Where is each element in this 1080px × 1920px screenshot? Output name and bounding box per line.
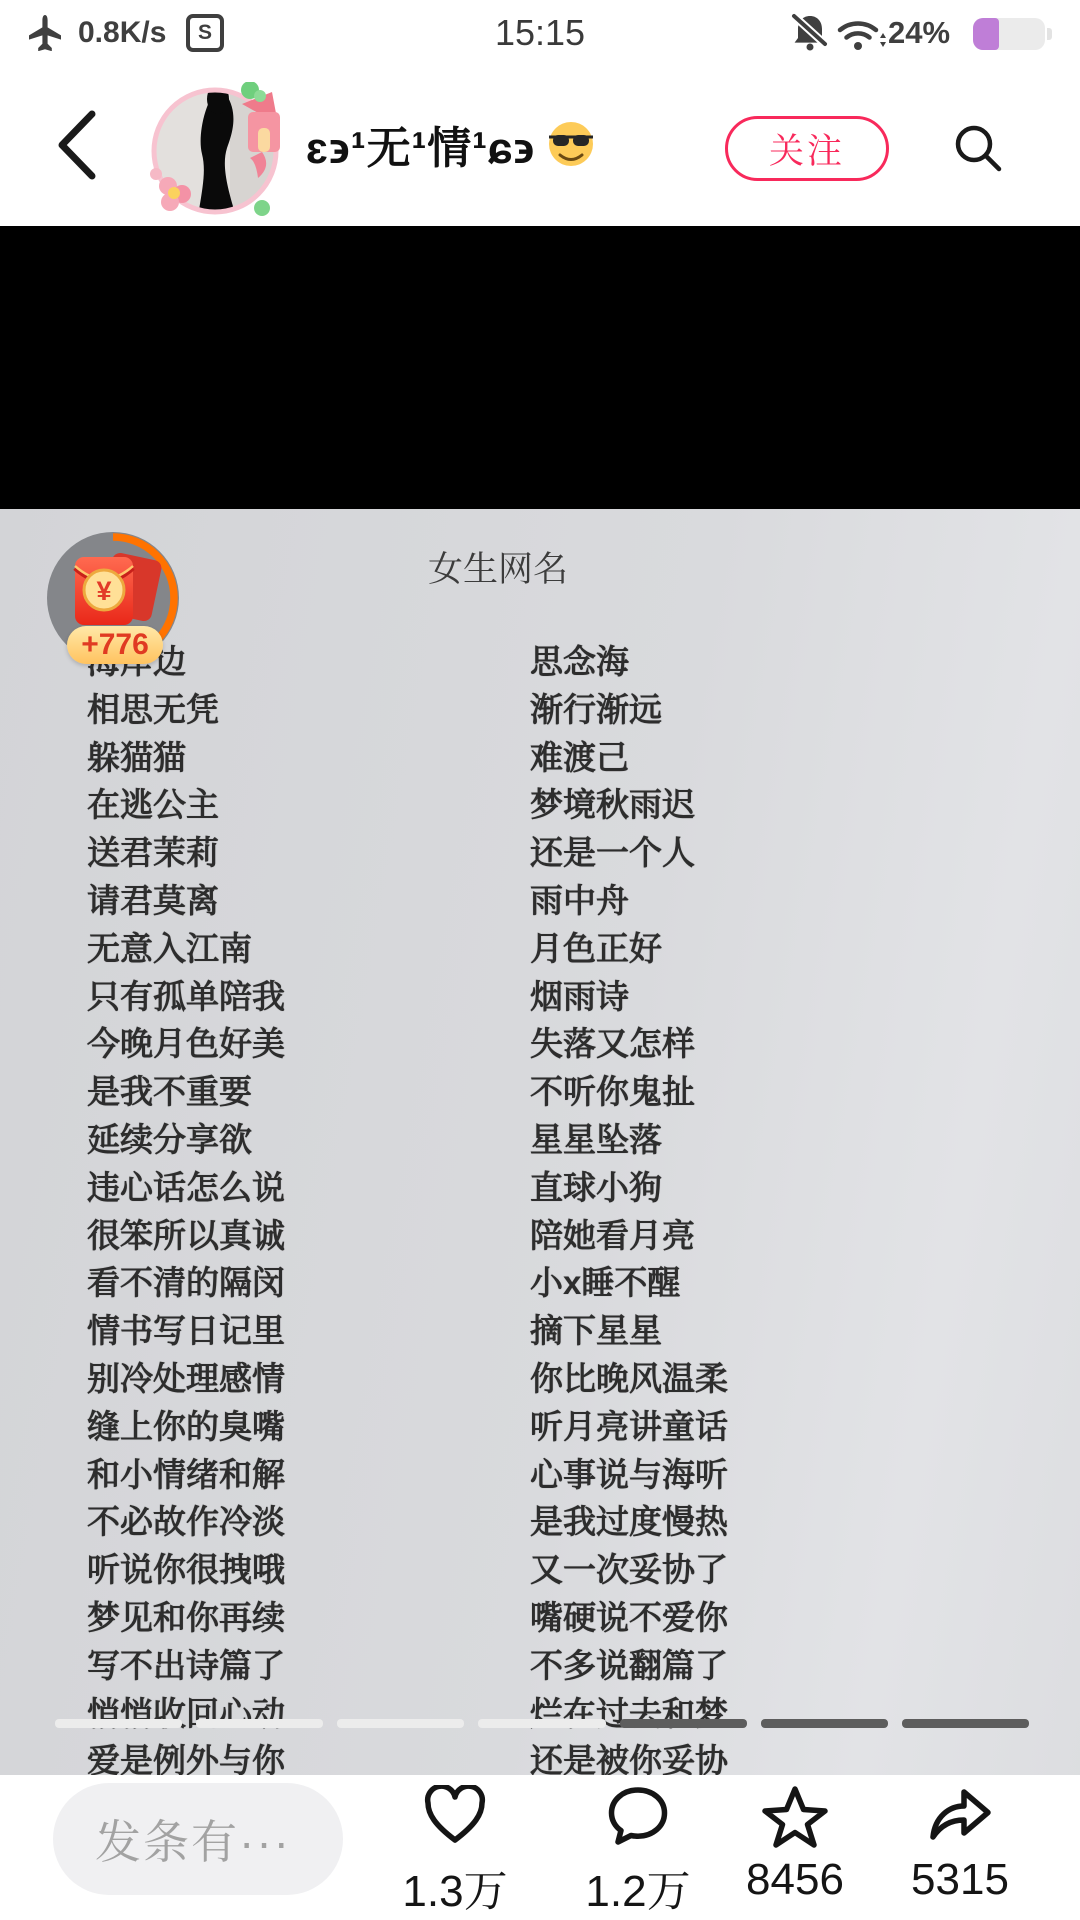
name-item: 直球小狗 xyxy=(530,1164,960,1212)
battery-icon xyxy=(973,18,1045,50)
like-count: 1.3万 xyxy=(402,1855,507,1919)
name-item: 小x睡不醒 xyxy=(530,1259,960,1307)
wifi-icon xyxy=(836,14,886,54)
battery-fill xyxy=(973,18,999,50)
name-item: 别冷处理感情 xyxy=(87,1355,517,1403)
name-item: 你比晚风温柔 xyxy=(530,1355,960,1403)
battery-percent: 24% xyxy=(888,15,950,51)
like-button[interactable]: 1.3万 xyxy=(385,1775,525,1920)
name-item: 不必故作冷淡 xyxy=(87,1498,517,1546)
name-item: 月色正好 xyxy=(530,925,960,973)
red-packet-widget[interactable]: ¥ +776 xyxy=(45,530,181,666)
name-item: 又一次妥协了 xyxy=(530,1546,960,1594)
app-screen: 0.8K/s S 15:15 24% xyxy=(0,0,1080,1920)
sim-s-label: S xyxy=(198,21,212,45)
name-item: 只有孤单陪我 xyxy=(87,973,517,1021)
name-item: 悄悄收回心动 xyxy=(87,1690,517,1738)
name-item: 送君茉莉 xyxy=(87,829,517,877)
status-bar: 0.8K/s S 15:15 24% xyxy=(0,0,1080,62)
network-speed: 0.8K/s xyxy=(78,16,166,50)
red-packet-badge: +776 xyxy=(67,626,163,664)
username: ɛ϶¹无¹情¹ɕ϶ xyxy=(306,112,535,176)
share-icon xyxy=(926,1785,994,1843)
heart-icon xyxy=(423,1785,487,1845)
name-item: 缝上你的臭嘴 xyxy=(87,1403,517,1451)
comment-placeholder: 发条有··· xyxy=(95,1806,291,1872)
name-item: 听说你很拽哦 xyxy=(87,1546,517,1594)
comment-icon xyxy=(606,1785,670,1847)
name-item: 躲猫猫 xyxy=(87,734,517,782)
header: ɛ϶¹无¹情¹ɕ϶ 关注 xyxy=(0,62,1080,226)
follow-label: 关注 xyxy=(769,124,845,174)
name-item: 和小情绪和解 xyxy=(87,1451,517,1499)
sunglasses-emoji-icon xyxy=(547,120,595,168)
name-item: 违心话怎么说 xyxy=(87,1164,517,1212)
airplane-mode-icon xyxy=(26,13,64,51)
bottom-action-bar: 发条有··· 1.3万 1.2万 8456 5315 xyxy=(0,1775,1080,1920)
video-progress-bar[interactable] xyxy=(55,1719,1029,1729)
name-item: 不听你鬼扯 xyxy=(530,1068,960,1116)
name-item: 延续分享欲 xyxy=(87,1116,517,1164)
name-item: 雨中舟 xyxy=(530,877,960,925)
star-icon xyxy=(761,1785,829,1849)
name-item: 还是一个人 xyxy=(530,829,960,877)
name-column-left: 海岸边 相思无凭 躲猫猫 在逃公主 送君茉莉 请君莫离 无意入江南 只有孤单陪我… xyxy=(87,638,517,1881)
progress-segment xyxy=(478,1719,605,1728)
progress-segment xyxy=(902,1719,1029,1728)
comment-input[interactable]: 发条有··· xyxy=(53,1783,343,1895)
name-item: 烟雨诗 xyxy=(530,973,960,1021)
video-surface[interactable]: 女生网名 海岸边 相思无凭 躲猫猫 在逃公主 送君茉莉 请君莫离 无意入江南 只… xyxy=(0,509,1080,1868)
progress-segment xyxy=(620,1719,747,1728)
mute-bell-icon xyxy=(790,13,830,51)
progress-segment xyxy=(55,1719,182,1728)
name-item: 失落又怎样 xyxy=(530,1020,960,1068)
status-clock: 15:15 xyxy=(440,12,640,54)
name-item: 听月亮讲童话 xyxy=(530,1403,960,1451)
name-item: 今晚月色好美 xyxy=(87,1020,517,1068)
share-button[interactable]: 5315 xyxy=(890,1775,1030,1920)
progress-segment xyxy=(337,1719,464,1728)
name-item: 渐行渐远 xyxy=(530,686,960,734)
name-column-right: 思念海 渐行渐远 难渡己 梦境秋雨迟 还是一个人 雨中舟 月色正好 烟雨诗 失落… xyxy=(530,638,960,1881)
name-item: 看不清的隔闵 xyxy=(87,1259,517,1307)
name-item: 无意入江南 xyxy=(87,925,517,973)
name-item: 情书写日记里 xyxy=(87,1307,517,1355)
name-item: 相思无凭 xyxy=(87,686,517,734)
sim-s-icon: S xyxy=(186,14,224,52)
battery-nub xyxy=(1047,28,1052,40)
avatar[interactable] xyxy=(146,82,284,220)
name-item: 在逃公主 xyxy=(87,781,517,829)
name-item: 不多说翻篇了 xyxy=(530,1642,960,1690)
name-item: 陪她看月亮 xyxy=(530,1212,960,1260)
name-item: 嘴硬说不爱你 xyxy=(530,1594,960,1642)
favorite-button[interactable]: 8456 xyxy=(725,1775,865,1920)
name-item: 星星坠落 xyxy=(530,1116,960,1164)
progress-segment xyxy=(761,1719,888,1728)
video-title: 女生网名 xyxy=(348,542,648,592)
name-item: 思念海 xyxy=(530,638,960,686)
name-item: 烂在过去和梦 xyxy=(530,1690,960,1738)
share-count: 5315 xyxy=(911,1855,1009,1905)
red-packet-amount: +776 xyxy=(81,628,149,662)
search-icon[interactable] xyxy=(952,122,1004,174)
name-item: 难渡己 xyxy=(530,734,960,782)
name-item: 心事说与海听 xyxy=(530,1451,960,1499)
follow-button[interactable]: 关注 xyxy=(725,116,889,181)
username-wrap[interactable]: ɛ϶¹无¹情¹ɕ϶ xyxy=(306,104,595,184)
red-packet-currency: ¥ xyxy=(96,576,111,606)
progress-segment xyxy=(196,1719,323,1728)
comment-button[interactable]: 1.2万 xyxy=(568,1775,708,1920)
name-item: 是我不重要 xyxy=(87,1068,517,1116)
back-button[interactable] xyxy=(52,108,100,182)
name-item: 写不出诗篇了 xyxy=(87,1642,517,1690)
video-letterbox: 女生网名 海岸边 相思无凭 躲猫猫 在逃公主 送君茉莉 请君莫离 无意入江南 只… xyxy=(0,226,1080,1775)
name-item: 请君莫离 xyxy=(87,877,517,925)
favorite-count: 8456 xyxy=(746,1855,844,1905)
comment-count: 1.2万 xyxy=(585,1855,690,1919)
name-item: 是我过度慢热 xyxy=(530,1498,960,1546)
name-item: 摘下星星 xyxy=(530,1307,960,1355)
name-item: 梦境秋雨迟 xyxy=(530,781,960,829)
name-item: 梦见和你再续 xyxy=(87,1594,517,1642)
name-item: 很笨所以真诚 xyxy=(87,1212,517,1260)
